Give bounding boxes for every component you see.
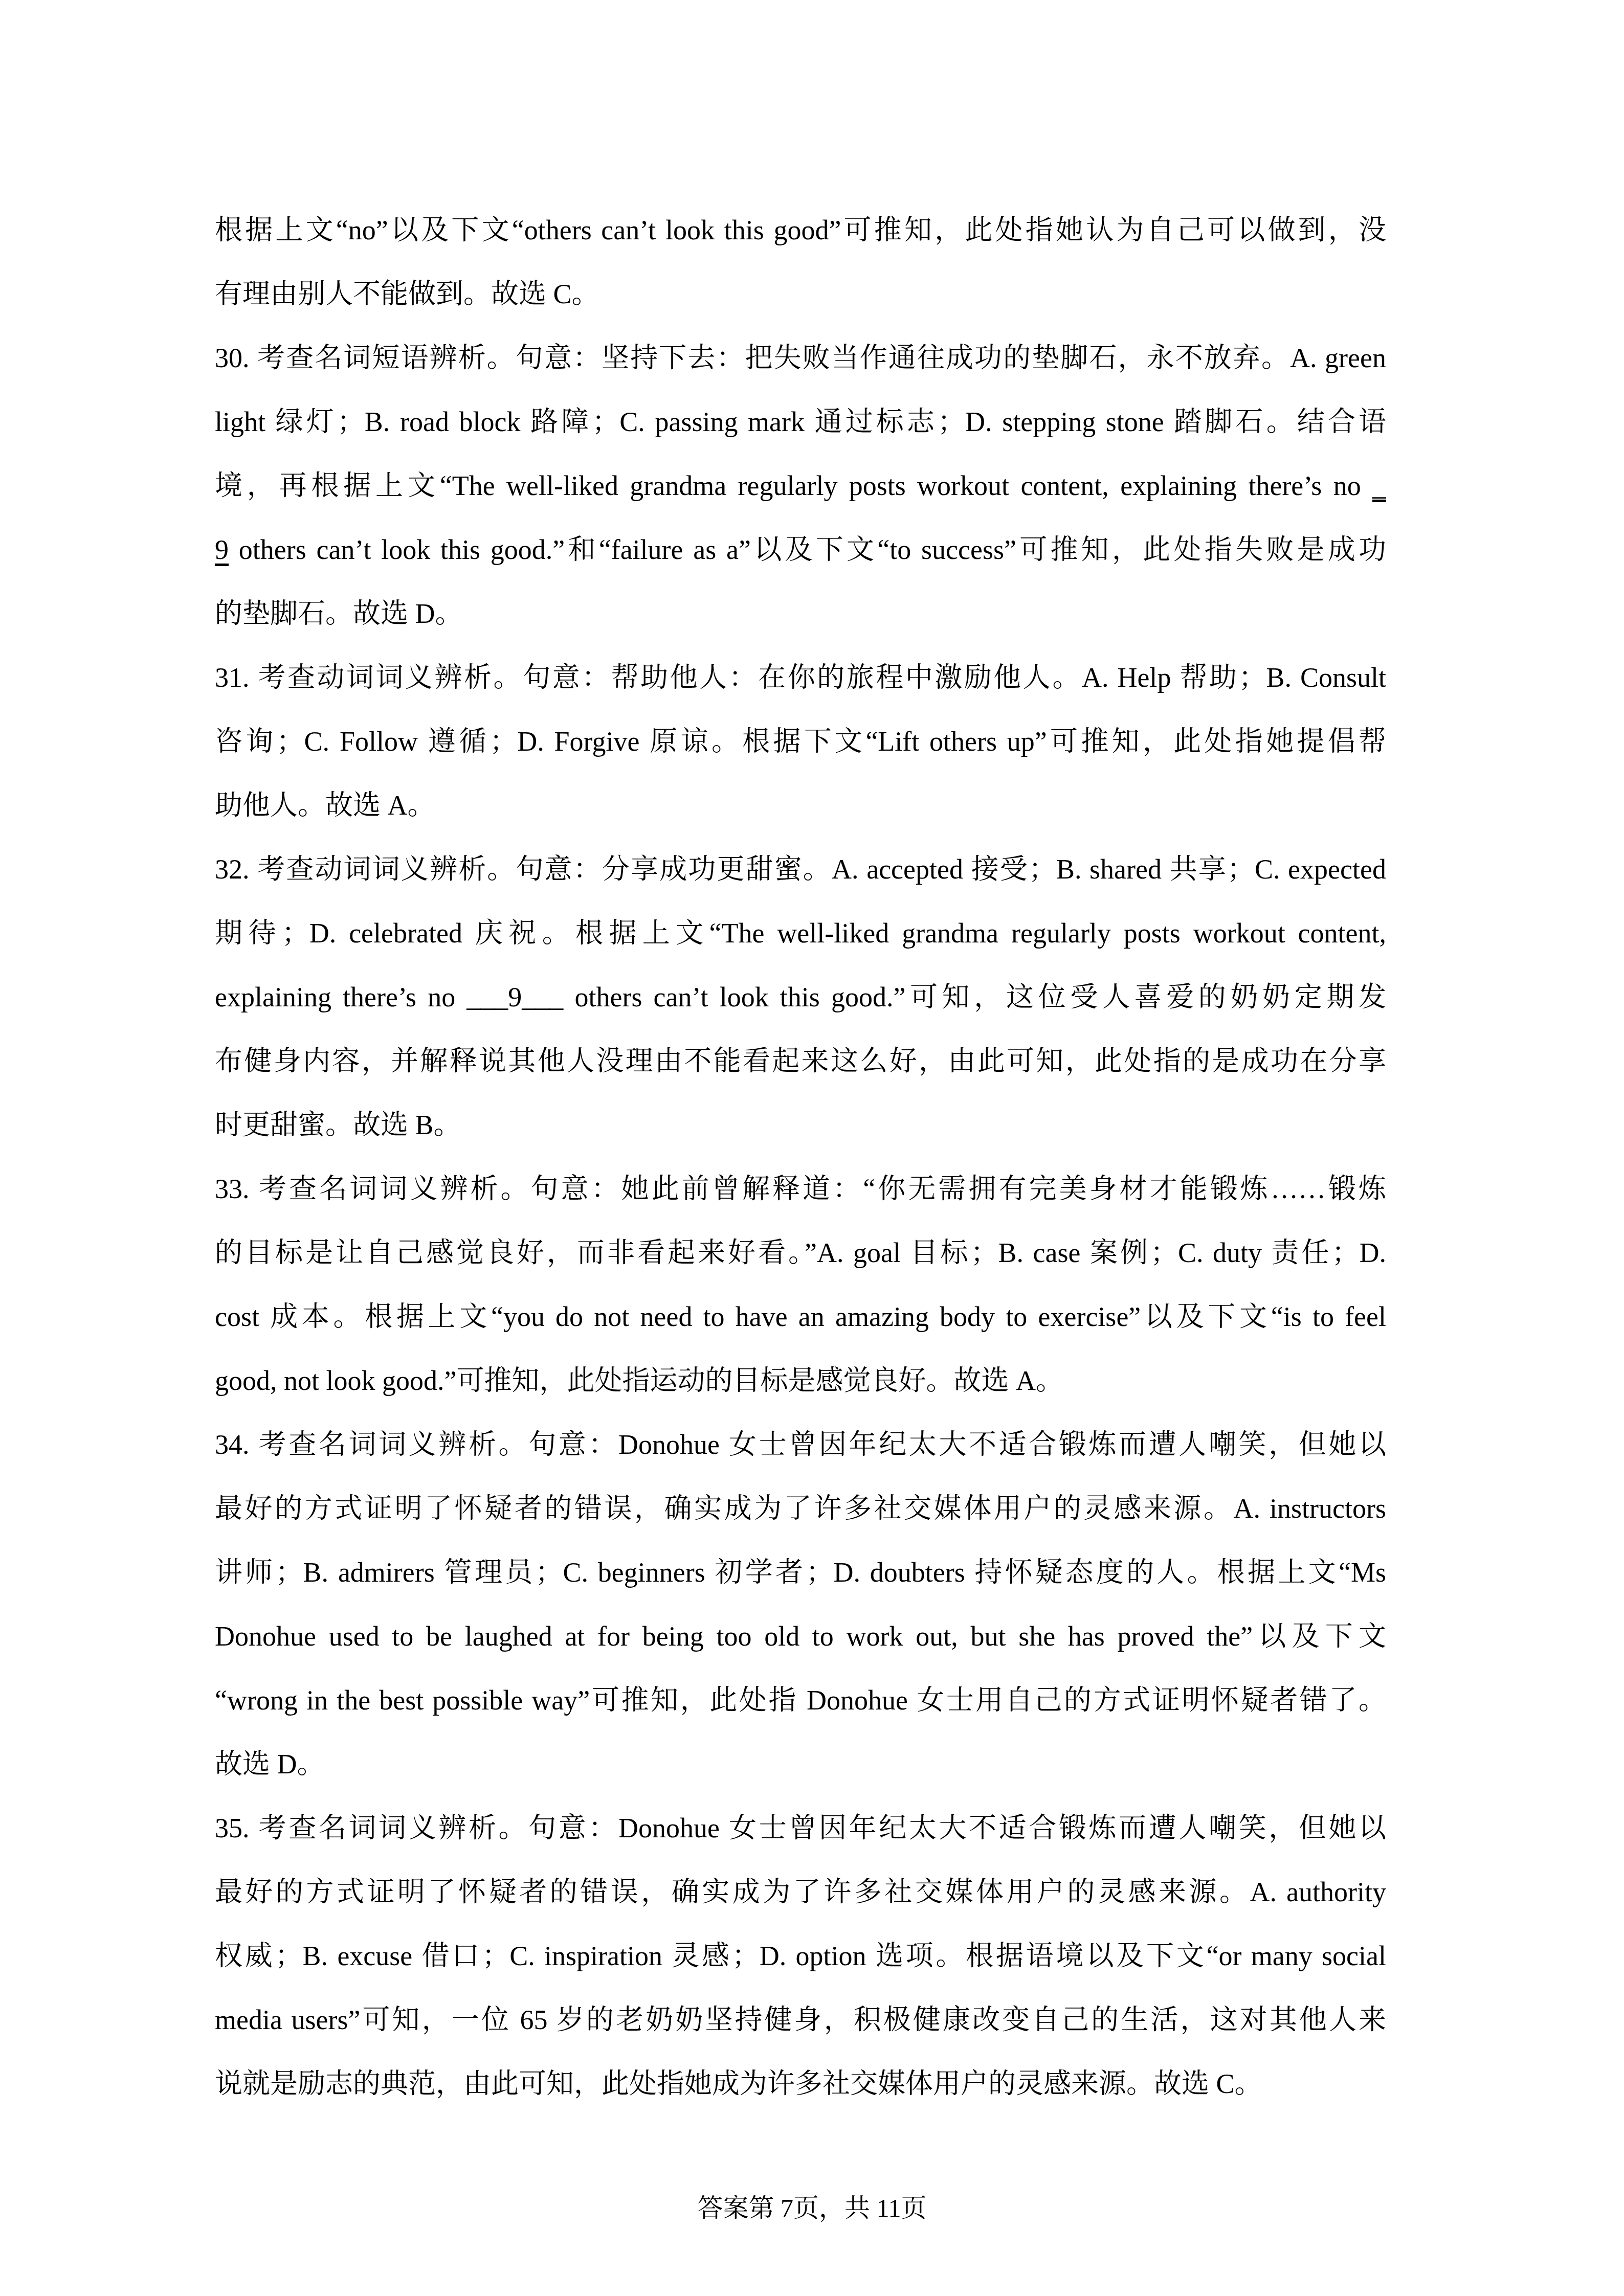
text-line: 说就是励志的典范，由此可知，此处指她成为许多社交媒体用户的灵感来源。故选 C。 <box>215 2052 1386 2116</box>
text-line: 根据上文“no”以及下文“others can’t look this good… <box>215 198 1386 262</box>
text-segment: media users”可知，一位 65 岁的老奶奶坚持健身，积极健康改变自己的… <box>215 2005 1386 2035</box>
text-line: cost 成本。根据上文“you do not need to have an … <box>215 1285 1386 1349</box>
text-segment: 有理由别人不能做到。故选 C。 <box>215 279 599 309</box>
text-segment: 故选 D。 <box>215 1749 325 1780</box>
text-segment: 说就是励志的典范，由此可知，此处指她成为许多社交媒体用户的灵感来源。故选 C。 <box>215 2068 1262 2099</box>
text-line: 讲师；B. admirers 管理员；C. beginners 初学者；D. d… <box>215 1541 1386 1605</box>
text-line: 31. 考查动词词义辨析。句意：帮助他人：在你的旅程中激励他人。A. Help … <box>215 646 1386 710</box>
text-segment: 最好的方式证明了怀疑者的错误，确实成为了许多社交媒体用户的灵感来源。A. ins… <box>215 1493 1386 1524</box>
text-line: 布健身内容，并解释说其他人没理由不能看起来这么好，由此可知，此处指的是成功在分享 <box>215 1029 1386 1093</box>
text-line: 34. 考查名词词义辨析。句意：Donohue 女士曾因年纪太大不适合锻炼而遭人… <box>215 1413 1386 1477</box>
text-line: 权威；B. excuse 借口；C. inspiration 灵感；D. opt… <box>215 1924 1386 1988</box>
text-line: 时更甜蜜。故选 B。 <box>215 1093 1386 1157</box>
text-segment: Donohue used to be laughed at for being … <box>215 1621 1386 1652</box>
text-line: 最好的方式证明了怀疑者的错误，确实成为了许多社交媒体用户的灵感来源。A. aut… <box>215 1860 1386 1924</box>
document-body: 根据上文“no”以及下文“others can’t look this good… <box>215 198 1386 2116</box>
text-line: 故选 D。 <box>215 1732 1386 1796</box>
text-segment: 时更甜蜜。故选 B。 <box>215 1110 461 1140</box>
text-line: 最好的方式证明了怀疑者的错误，确实成为了许多社交媒体用户的灵感来源。A. ins… <box>215 1477 1386 1541</box>
text-line: good, not look good.”可推知，此处指运动的目标是感觉良好。故… <box>215 1349 1386 1413</box>
text-segment: 咨询；C. Follow 遵循；D. Forgive 原谅。根据下文“Lift … <box>215 726 1386 757</box>
text-segment: 33. 考查名词词义辨析。句意：她此前曾解释道：“你无需拥有完美身材才能锻炼……… <box>215 1174 1386 1204</box>
text-segment: 根据上文“no”以及下文“others can’t look this good… <box>215 215 1386 245</box>
text-segment: 9 <box>508 982 522 1012</box>
text-segment: 31. 考查动词词义辨析。句意：帮助他人：在你的旅程中激励他人。A. Help … <box>215 662 1386 693</box>
text-segment: 布健身内容，并解释说其他人没理由不能看起来这么好，由此可知，此处指的是成功在分享 <box>215 1046 1386 1076</box>
text-line: 有理由别人不能做到。故选 C。 <box>215 262 1386 326</box>
text-line: 咨询；C. Follow 遵循；D. Forgive 原谅。根据下文“Lift … <box>215 710 1386 774</box>
text-segment: “wrong in the best possible way”可推知，此处指 … <box>215 1685 1386 1716</box>
text-line: 的目标是让自己感觉良好，而非看起来好看。”A. goal 目标；B. case … <box>215 1221 1386 1285</box>
page-footer: 答案第 7页，共 11页 <box>0 2193 1624 2223</box>
text-segment: 的目标是让自己感觉良好，而非看起来好看。”A. goal 目标；B. case … <box>215 1237 1386 1268</box>
text-segment: 的垫脚石。故选 D。 <box>215 598 463 629</box>
text-segment: good, not look good.”可推知，此处指运动的目标是感觉良好。故… <box>215 1365 1063 1396</box>
text-segment: 30. 考查名词短语辨析。句意：坚持下去：把失败当作通往成功的垫脚石，永不放弃。… <box>215 343 1386 373</box>
text-segment: 35. 考查名词词义辨析。句意：Donohue 女士曾因年纪太大不适合锻炼而遭人… <box>215 1813 1386 1843</box>
text-line: light 绿灯；B. road block 路障；C. passing mar… <box>215 390 1386 454</box>
text-segment: ___ <box>466 982 508 1012</box>
text-segment: explaining there’s no <box>215 982 466 1012</box>
text-segment: 期待；D. celebrated 庆祝。根据上文“The well-liked … <box>215 918 1386 949</box>
text-line: 期待；D. celebrated 庆祝。根据上文“The well-liked … <box>215 902 1386 965</box>
text-line: 助他人。故选 A。 <box>215 774 1386 838</box>
text-segment: 34. 考查名词词义辨析。句意：Donohue 女士曾因年纪太大不适合锻炼而遭人… <box>215 1429 1386 1460</box>
blank-answer-number: 9 <box>215 534 229 565</box>
text-segment: 境，再根据上文“The well-liked grandma regularly… <box>215 470 1372 501</box>
text-segment: others can’t look this good.”可知，这位受人喜爱的奶… <box>563 982 1386 1012</box>
text-line: 境，再根据上文“The well-liked grandma regularly… <box>215 454 1386 518</box>
text-line: 32. 考查动词词义辨析。句意：分享成功更甜蜜。A. accepted 接受；B… <box>215 838 1386 902</box>
text-line: “wrong in the best possible way”可推知，此处指 … <box>215 1669 1386 1732</box>
text-segment: 权威；B. excuse 借口；C. inspiration 灵感；D. opt… <box>215 1941 1386 1971</box>
text-line: 的垫脚石。故选 D。 <box>215 582 1386 646</box>
text-segment: cost 成本。根据上文“you do not need to have an … <box>215 1301 1386 1332</box>
text-segment: light 绿灯；B. road block 路障；C. passing mar… <box>215 407 1386 437</box>
text-segment: 助他人。故选 A。 <box>215 790 435 821</box>
blank-answer-number: _ <box>1372 470 1386 501</box>
text-segment: ___ <box>522 982 563 1012</box>
text-line: 9 others can’t look this good.”和“failure… <box>215 518 1386 582</box>
text-line: 35. 考查名词词义辨析。句意：Donohue 女士曾因年纪太大不适合锻炼而遭人… <box>215 1796 1386 1860</box>
text-line: explaining there’s no ___9___ others can… <box>215 965 1386 1029</box>
text-line: 30. 考查名词短语辨析。句意：坚持下去：把失败当作通往成功的垫脚石，永不放弃。… <box>215 326 1386 390</box>
text-segment: 32. 考查动词词义辨析。句意：分享成功更甜蜜。A. accepted 接受；B… <box>215 854 1386 885</box>
text-line: Donohue used to be laughed at for being … <box>215 1605 1386 1669</box>
text-segment: 最好的方式证明了怀疑者的错误，确实成为了许多社交媒体用户的灵感来源。A. aut… <box>215 1877 1386 1907</box>
text-segment: others can’t look this good.”和“failure a… <box>229 534 1386 565</box>
text-line: 33. 考查名词词义辨析。句意：她此前曾解释道：“你无需拥有完美身材才能锻炼……… <box>215 1157 1386 1221</box>
text-line: media users”可知，一位 65 岁的老奶奶坚持健身，积极健康改变自己的… <box>215 1988 1386 2052</box>
text-segment: 讲师；B. admirers 管理员；C. beginners 初学者；D. d… <box>215 1557 1386 1588</box>
